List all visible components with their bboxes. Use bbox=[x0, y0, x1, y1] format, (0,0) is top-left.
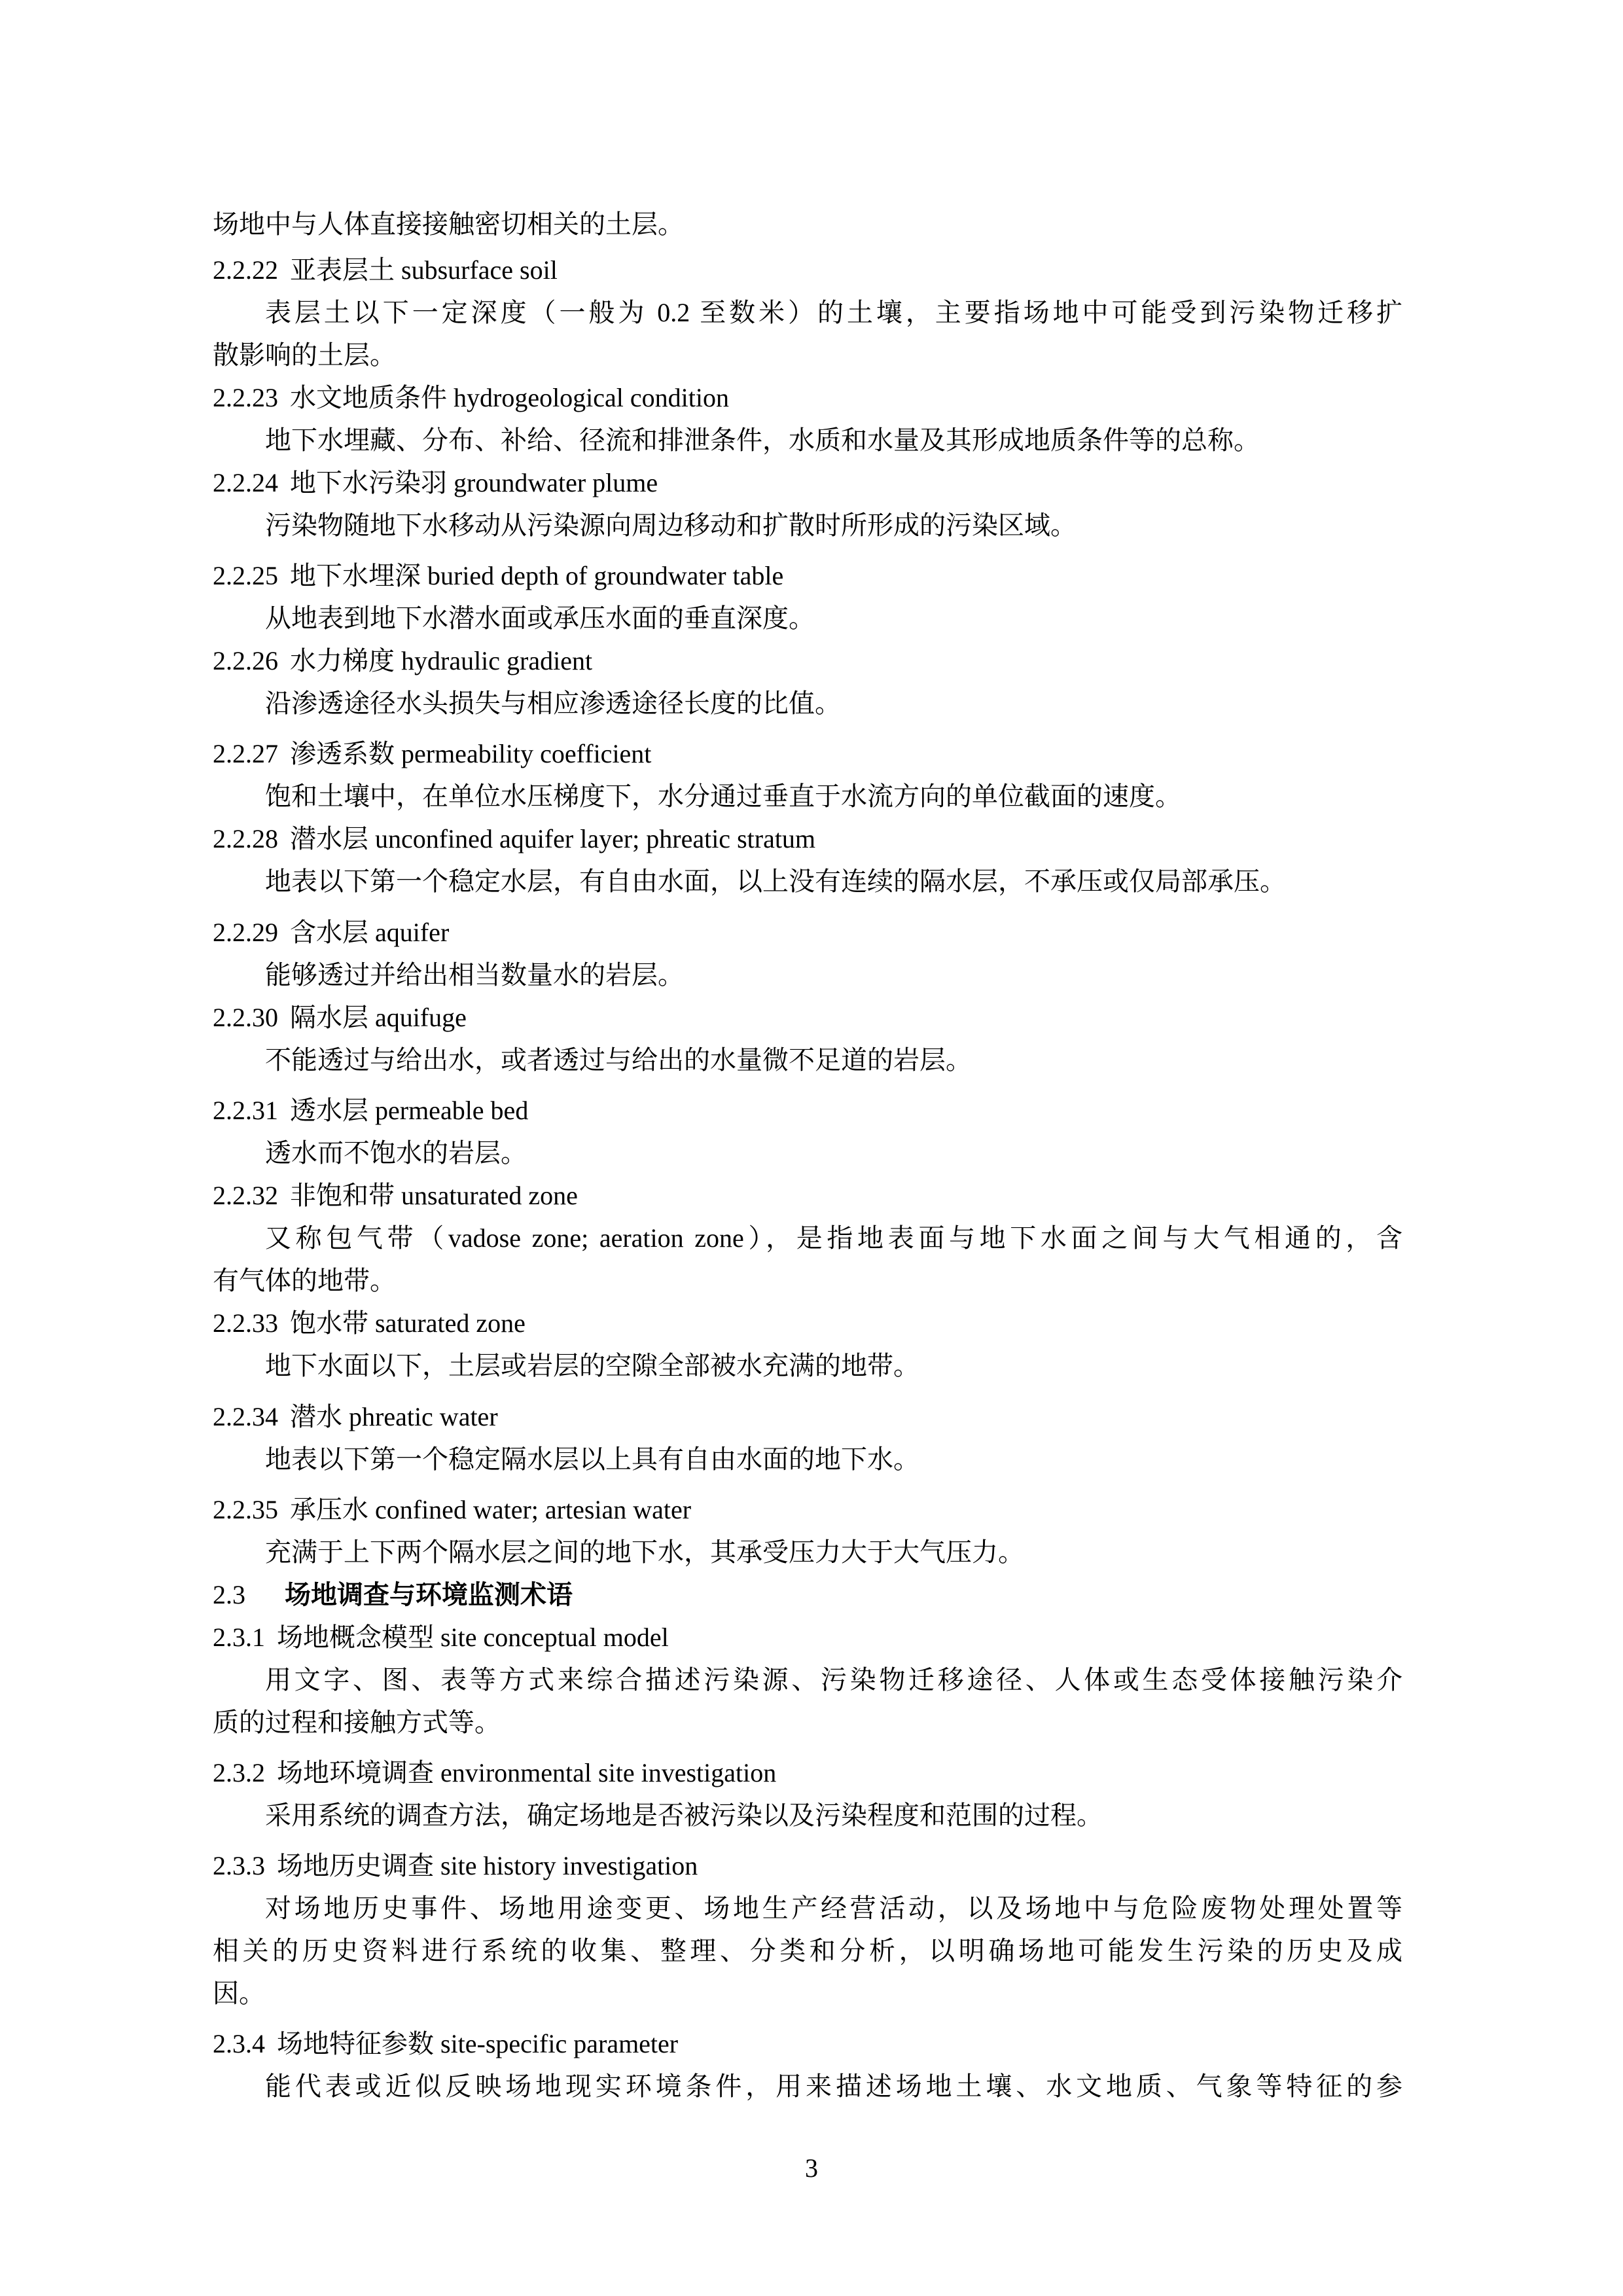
term-heading-2-3-1: 2.3.1场地概念模型 site conceptual model bbox=[213, 1621, 669, 1654]
paragraph-continuation: 场地中与人体直接接触密切相关的土层。 bbox=[213, 208, 684, 241]
term-heading-2-2-27: 2.2.27渗透系数 permeability coefficient bbox=[213, 738, 651, 770]
term-definition: 不能透过与给出水，或者透过与给出的水量微不足道的岩层。 bbox=[265, 1044, 972, 1077]
section-heading-2-3: 2.3场地调查与环境监测术语 bbox=[213, 1579, 573, 1611]
term-title: 水力梯度 hydraulic gradient bbox=[290, 646, 592, 675]
term-definition: 从地表到地下水潜水面或承压水面的垂直深度。 bbox=[265, 602, 815, 635]
term-number: 2.3.3 bbox=[213, 1850, 265, 1882]
term-number: 2.2.23 bbox=[213, 382, 278, 414]
section-number: 2.3 bbox=[213, 1579, 285, 1611]
term-definition: 能够透过并给出相当数量水的岩层。 bbox=[265, 959, 684, 992]
term-definition: 用文字、图、表等方式来综合描述污染源、污染物迁移途径、人体或生态受体接触污染介 bbox=[265, 1664, 1402, 1696]
term-heading-2-3-3: 2.3.3场地历史调查 site history investigation bbox=[213, 1850, 698, 1882]
section-title: 场地调查与环境监测术语 bbox=[285, 1580, 573, 1610]
term-title: 承压水 confined water; artesian water bbox=[290, 1495, 691, 1524]
term-definition: 沿渗透途径水头损失与相应渗透途径长度的比值。 bbox=[265, 687, 841, 720]
term-heading-2-2-31: 2.2.31透水层 permeable bed bbox=[213, 1094, 528, 1127]
term-title: 潜水 phreatic water bbox=[290, 1402, 498, 1431]
term-number: 2.3.2 bbox=[213, 1757, 265, 1789]
term-definition: 因。 bbox=[213, 1977, 265, 2010]
term-definition: 散影响的土层。 bbox=[213, 339, 396, 372]
term-definition: 污染物随地下水移动从污染源向周边移动和扩散时所形成的污染区域。 bbox=[265, 509, 1077, 542]
term-title: 地下水埋深 buried depth of groundwater table bbox=[290, 561, 783, 590]
term-number: 2.2.24 bbox=[213, 467, 278, 499]
term-title: 场地概念模型 site conceptual model bbox=[277, 1623, 669, 1652]
term-title: 水文地质条件 hydrogeological condition bbox=[290, 383, 729, 412]
term-number: 2.2.32 bbox=[213, 1179, 278, 1212]
term-heading-2-2-29: 2.2.29含水层 aquifer bbox=[213, 916, 449, 949]
term-definition: 对场地历史事件、场地用途变更、场地生产经营活动，以及场地中与危险废物处理处置等 bbox=[265, 1892, 1402, 1925]
term-heading-2-2-33: 2.2.33饱水带 saturated zone bbox=[213, 1307, 526, 1340]
term-number: 2.2.33 bbox=[213, 1307, 278, 1340]
term-definition: 饱和土壤中，在单位水压梯度下，水分通过垂直于水流方向的单位截面的速度。 bbox=[265, 780, 1181, 813]
term-title: 场地特征参数 site-specific parameter bbox=[277, 2029, 678, 2058]
term-number: 2.2.34 bbox=[213, 1401, 278, 1433]
term-title: 渗透系数 permeability coefficient bbox=[290, 739, 651, 768]
term-number: 2.2.35 bbox=[213, 1494, 278, 1526]
document-page: 场地中与人体直接接触密切相关的土层。 2.2.22亚表层土 subsurface… bbox=[0, 0, 1623, 2296]
term-definition: 透水而不饱水的岩层。 bbox=[265, 1137, 527, 1170]
term-number: 2.2.28 bbox=[213, 823, 278, 855]
term-heading-2-2-28: 2.2.28潜水层 unconfined aquifer layer; phre… bbox=[213, 823, 815, 855]
term-title: 透水层 permeable bed bbox=[290, 1096, 528, 1125]
term-title: 隔水层 aquifuge bbox=[290, 1003, 467, 1032]
term-heading-2-2-26: 2.2.26水力梯度 hydraulic gradient bbox=[213, 645, 592, 677]
term-heading-2-2-25: 2.2.25地下水埋深 buried depth of groundwater … bbox=[213, 560, 783, 592]
term-title: 场地历史调查 site history investigation bbox=[277, 1851, 698, 1880]
term-title: 潜水层 unconfined aquifer layer; phreatic s… bbox=[290, 824, 815, 853]
term-heading-2-2-30: 2.2.30隔水层 aquifuge bbox=[213, 1001, 467, 1034]
term-definition: 有气体的地带。 bbox=[213, 1265, 396, 1297]
term-definition: 充满于上下两个隔水层之间的地下水，其承受压力大于大气压力。 bbox=[265, 1536, 1024, 1569]
term-definition: 相关的历史资料进行系统的收集、整理、分类和分析，以明确场地可能发生污染的历史及成 bbox=[213, 1935, 1402, 1967]
term-definition: 能代表或近似反映场地现实环境条件，用来描述场地土壤、水文地质、气象等特征的参 bbox=[265, 2070, 1402, 2103]
term-definition: 表层土以下一定深度（一般为 0.2 至数米）的土壤，主要指场地中可能受到污染物迁… bbox=[265, 296, 1402, 329]
term-definition: 地下水埋藏、分布、补给、径流和排泄条件，水质和水量及其形成地质条件等的总称。 bbox=[265, 424, 1260, 457]
page-number: 3 bbox=[0, 2152, 1623, 2185]
term-number: 2.3.1 bbox=[213, 1621, 265, 1654]
term-number: 2.2.25 bbox=[213, 560, 278, 592]
term-heading-2-3-4: 2.3.4场地特征参数 site-specific parameter bbox=[213, 2028, 678, 2060]
term-number: 2.2.27 bbox=[213, 738, 278, 770]
term-heading-2-2-24: 2.2.24地下水污染羽 groundwater plume bbox=[213, 467, 658, 499]
term-number: 2.2.31 bbox=[213, 1094, 278, 1127]
term-title: 含水层 aquifer bbox=[290, 918, 449, 947]
term-heading-2-2-35: 2.2.35承压水 confined water; artesian water bbox=[213, 1494, 691, 1526]
term-title: 场地环境调查 environmental site investigation bbox=[277, 1758, 776, 1787]
term-title: 亚表层土 subsurface soil bbox=[290, 255, 558, 285]
term-title: 饱水带 saturated zone bbox=[290, 1308, 526, 1338]
term-number: 2.3.4 bbox=[213, 2028, 265, 2060]
term-definition: 地表以下第一个稳定隔水层以上具有自由水面的地下水。 bbox=[265, 1443, 919, 1476]
term-title: 地下水污染羽 groundwater plume bbox=[290, 468, 658, 497]
term-heading-2-2-22: 2.2.22亚表层土 subsurface soil bbox=[213, 254, 558, 287]
term-heading-2-2-32: 2.2.32非饱和带 unsaturated zone bbox=[213, 1179, 578, 1212]
term-heading-2-2-23: 2.2.23水文地质条件 hydrogeological condition bbox=[213, 382, 729, 414]
term-number: 2.2.30 bbox=[213, 1001, 278, 1034]
term-definition: 又称包气带（vadose zone; aeration zone），是指地表面与… bbox=[265, 1222, 1402, 1255]
term-definition: 地表以下第一个稳定水层，有自由水面，以上没有连续的隔水层，不承压或仅局部承压。 bbox=[265, 865, 1286, 898]
term-number: 2.2.22 bbox=[213, 254, 278, 287]
term-definition: 采用系统的调查方法，确定场地是否被污染以及污染程度和范围的过程。 bbox=[265, 1799, 1103, 1832]
term-heading-2-3-2: 2.3.2场地环境调查 environmental site investiga… bbox=[213, 1757, 776, 1789]
term-number: 2.2.29 bbox=[213, 916, 278, 949]
term-definition: 质的过程和接触方式等。 bbox=[213, 1706, 501, 1739]
term-definition: 地下水面以下，土层或岩层的空隙全部被水充满的地带。 bbox=[265, 1350, 919, 1382]
term-number: 2.2.26 bbox=[213, 645, 278, 677]
term-title: 非饱和带 unsaturated zone bbox=[290, 1181, 578, 1210]
term-heading-2-2-34: 2.2.34潜水 phreatic water bbox=[213, 1401, 498, 1433]
